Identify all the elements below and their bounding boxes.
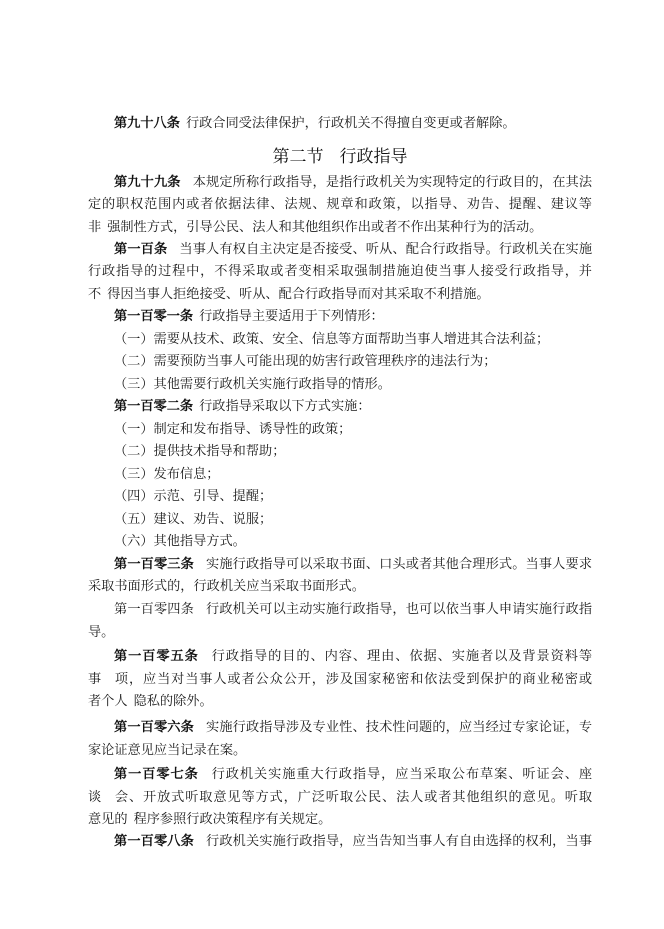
article-107-line-3: 意见的程序参照行政决策程序有关规定。 <box>88 810 592 830</box>
article-98: 第九十八条行政合同受法律保护，行政机关不得擅自变更或者解除。 <box>88 114 592 134</box>
article-label: 第一百零四条 <box>114 602 194 617</box>
article-text: 行政指导采取以下方式实施： <box>199 399 370 414</box>
article-106-line-2: 家论证意见应当记录在案。 <box>88 741 592 761</box>
article-text: 行政合同受法律保护，行政机关不得擅自变更或者解除。 <box>186 116 516 131</box>
text-fragment: 程序参照行政决策程序有关规定。 <box>134 812 332 827</box>
article-103-line-2: 采取书面形式的，行政机关应当采取书面形式。 <box>88 577 592 597</box>
article-text: 实施行政指导可以采取书面、口头或者其他合理形式。当事人要求 <box>206 557 592 572</box>
article-105-line-1: 第一百零五条行政指导的目的、内容、理由、依据、实施者以及背景资料等 <box>88 647 592 667</box>
article-text: 行政指导的目的、内容、理由、依据、实施者以及背景资料等 <box>211 649 592 664</box>
article-label: 第一百零三条 <box>114 557 194 572</box>
article-99-line-1: 第九十九条本规定所称行政指导，是指行政机关为实现特定的行政目的，在其法 <box>88 173 592 193</box>
text-fragment: 会、开放式听取意见等方式，广泛听取公民、法人或者其他组织的意见。听取 <box>114 790 592 805</box>
list-item: （三）其他需要行政机关实施行政指导的情形。 <box>88 375 592 395</box>
list-item: （四）示范、引导、提醒； <box>88 487 592 507</box>
text-fragment: 意见的 <box>88 812 128 827</box>
list-item: （一）制定和发布指导、诱导性的政策； <box>88 420 592 440</box>
list-item: （五）建议、劝告、说服； <box>88 510 592 530</box>
list-item: （三）发布信息； <box>88 465 592 485</box>
article-label: 第一百条 <box>114 242 167 257</box>
list-item: （二）提供技术指导和帮助； <box>88 442 592 462</box>
article-text: 行政机关实施行政指导，应当告知当事人有自由选择的权利，当事 <box>206 834 592 849</box>
article-108-line-1: 第一百零八条行政机关实施行政指导，应当告知当事人有自由选择的权利，当事 <box>88 832 592 852</box>
article-text: 行政指导主要适用于下列情形： <box>199 309 384 324</box>
article-107-line-2: 谈会、开放式听取意见等方式，广泛听取公民、法人或者其他组织的意见。听取 <box>88 788 592 808</box>
article-105-line-3: 者个人隐私的除外。 <box>88 692 592 712</box>
article-label: 第一百零五条 <box>114 649 199 664</box>
section-number: 第二节 <box>273 147 324 167</box>
text-fragment: 事 <box>88 672 102 687</box>
text-fragment: 强制性方式，引导公民、法人和其他组织作出或者不作出某种行为的活动。 <box>107 220 542 235</box>
article-text: 行政机关实施重大行政指导，应当采取公布草案、听证会、座 <box>211 767 592 782</box>
article-103-line-1: 第一百零三条实施行政指导可以采取书面、口头或者其他合理形式。当事人要求 <box>88 555 592 575</box>
article-text: 行政机关可以主动实施行政指导，也可以依当事人申请实施行政指 <box>206 602 592 617</box>
text-fragment: 谈 <box>88 790 102 805</box>
list-item: （六）其他指导方式。 <box>88 532 592 552</box>
text-fragment: 隐私的除外。 <box>134 694 213 709</box>
list-item: （二）需要预防当事人可能出现的妨害行政管理秩序的违法行为； <box>88 352 592 372</box>
section-title: 第二节行政指导 <box>88 146 592 168</box>
article-107-line-1: 第一百零七条行政机关实施重大行政指导，应当采取公布草案、听证会、座 <box>88 765 592 785</box>
article-100-line-1: 第一百条当事人有权自主决定是否接受、听从、配合行政指导。行政机关在实施 <box>88 240 592 260</box>
text-fragment: 者个人 <box>88 694 128 709</box>
text-fragment: 项，应当对当事人或者公众公开，涉及国家秘密和依法受到保护的商业秘密或 <box>114 672 592 687</box>
article-102: 第一百零二条行政指导采取以下方式实施： <box>88 397 592 417</box>
text-fragment: 非 <box>88 220 101 235</box>
article-label: 第九十八条 <box>114 116 180 131</box>
article-text: 实施行政指导涉及专业性、技术性问题的，应当经过专家论证，专 <box>206 720 592 735</box>
text-fragment: 得因当事人拒绝接受、听从、配合行政指导而对其采取不利措施。 <box>107 287 489 302</box>
article-label: 第一百零二条 <box>114 399 193 414</box>
article-100-line-2: 行政指导的过程中，不得采取或者变相采取强制措施迫使当事人接受行政指导，并 <box>88 262 592 282</box>
list-item: （一）需要从技术、政策、安全、信息等方面帮助当事人增进其合法利益； <box>88 330 592 350</box>
article-label: 第一百零六条 <box>114 720 194 735</box>
article-label: 第一百零八条 <box>114 834 194 849</box>
article-99-line-2: 定的职权范围内或者依据法律、法规、规章和政策，以指导、劝告、提醒、建议等 <box>88 195 592 215</box>
article-label: 第一百零一条 <box>114 309 193 324</box>
article-99-line-3: 非强制性方式，引导公民、法人和其他组织作出或者不作出某种行为的活动。 <box>88 218 592 238</box>
article-label: 第一百零七条 <box>114 767 199 782</box>
article-104-line-1: 第一百零四条行政机关可以主动实施行政指导，也可以依当事人申请实施行政指 <box>88 600 592 620</box>
text-fragment: 不 <box>88 287 101 302</box>
article-104-line-2: 导。 <box>88 623 592 643</box>
article-text: 当事人有权自主决定是否接受、听从、配合行政指导。行政机关在实施 <box>179 242 592 257</box>
article-label: 第九十九条 <box>114 175 181 190</box>
article-106-line-1: 第一百零六条实施行政指导涉及专业性、技术性问题的，应当经过专家论证，专 <box>88 718 592 738</box>
article-100-line-3: 不得因当事人拒绝接受、听从、配合行政指导而对其采取不利措施。 <box>88 285 592 305</box>
article-text: 本规定所称行政指导，是指行政机关为实现特定的行政目的，在其法 <box>193 175 592 190</box>
section-heading: 行政指导 <box>340 147 408 167</box>
article-105-line-2: 事项，应当对当事人或者公众公开，涉及国家秘密和依法受到保护的商业秘密或 <box>88 670 592 690</box>
article-101: 第一百零一条行政指导主要适用于下列情形： <box>88 307 592 327</box>
